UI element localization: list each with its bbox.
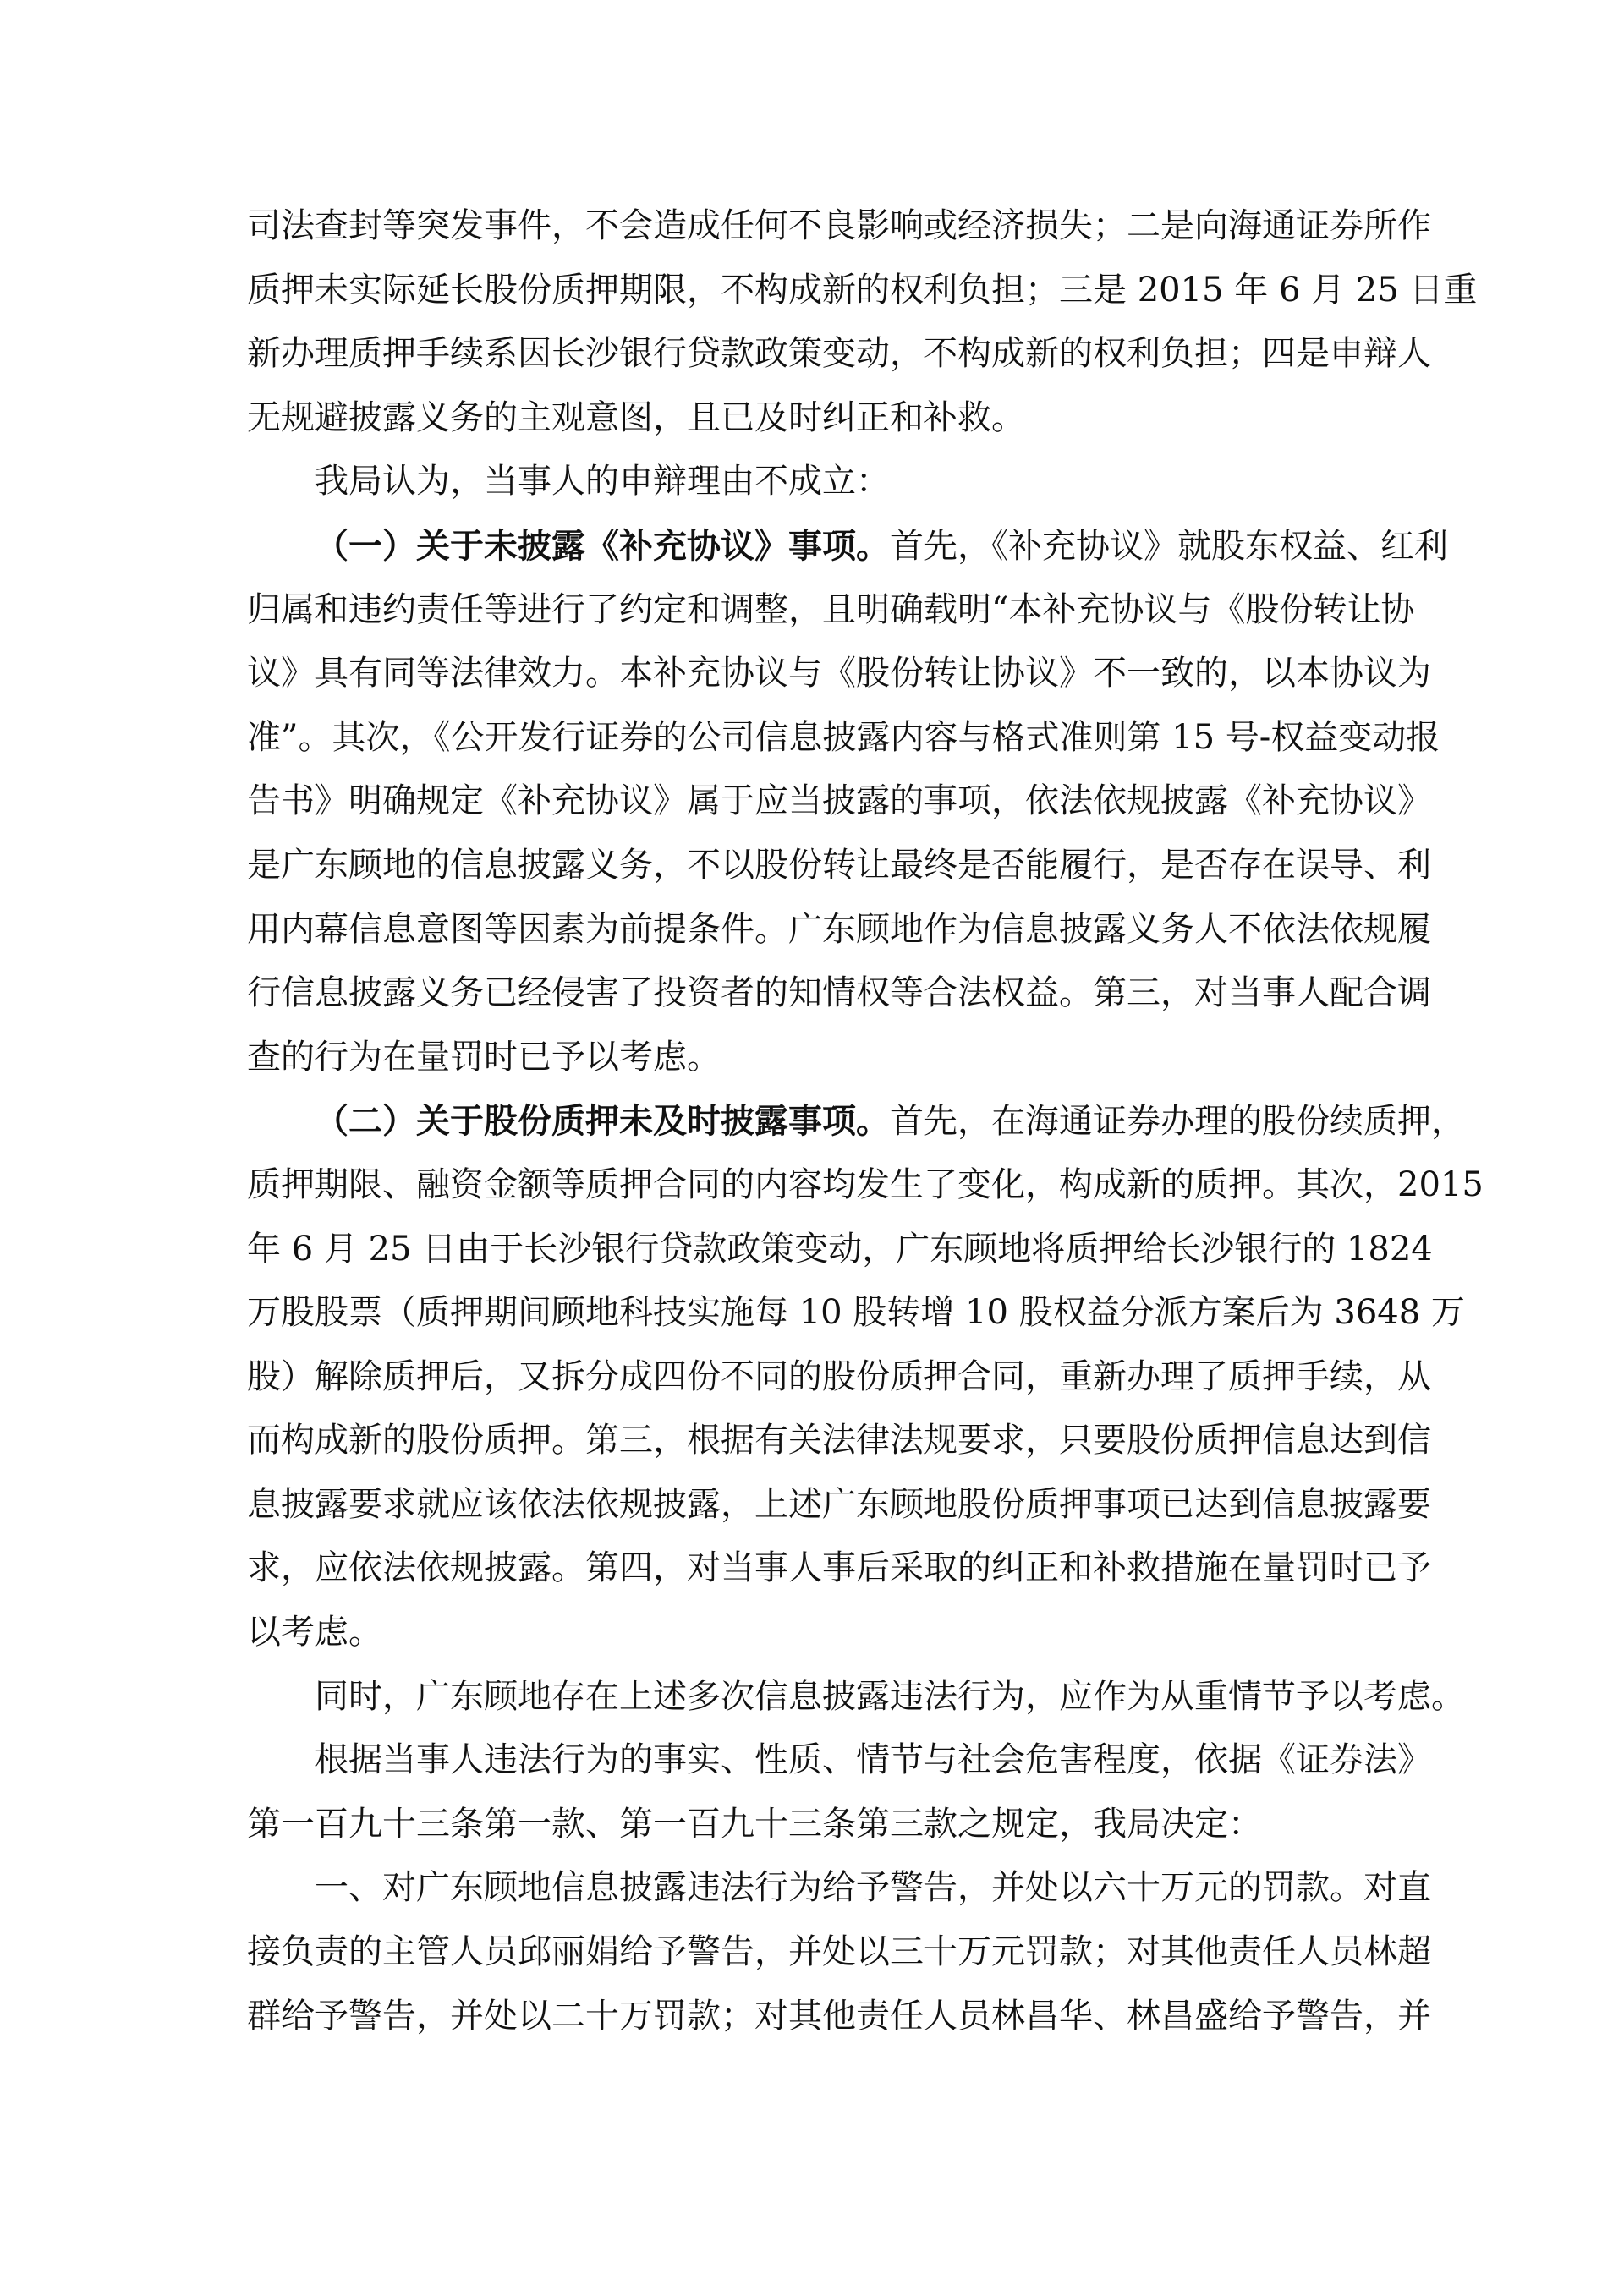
text-line: 新办理质押手续系因长沙银行贷款政策变动，不构成新的权利负担；四是申辩人 <box>247 322 1380 386</box>
text-line: 无规避披露义务的主观意图，且已及时纠正和补救。 <box>247 386 1380 451</box>
text-line: 查的行为在量罚时已予以考虑。 <box>247 1026 1380 1090</box>
text-line: 息披露要求就应该依法依规披露，上述广东顾地股份质押事项已达到信息披露要 <box>247 1473 1380 1537</box>
text-line: 求，应依法依规披露。第四，对当事人事后采取的纠正和补救措施在量罚时已予 <box>247 1537 1380 1601</box>
text-line: （二）关于股份质押未及时披露事项。首先，在海通证券办理的股份续质押， <box>247 1089 1380 1153</box>
paragraph-decision-1: 一、对广东顾地信息披露违法行为给予警告，并处以六十万元的罚款。对直 接负责的主管… <box>247 1856 1380 2048</box>
text-line: 根据当事人违法行为的事实、性质、情节与社会危害程度，依据《证券法》 <box>247 1729 1380 1793</box>
text-run: 首先，《补充协议》就股东权益、红利 <box>890 527 1448 566</box>
text-line: 质押未实际延长股份质押期限，不构成新的权利负担；三是 2015 年 6 月 25… <box>247 259 1380 323</box>
text-line: 用内幕信息意图等因素为前提条件。广东顾地作为信息披露义务人不依法依规履 <box>247 898 1380 962</box>
text-run: 首先，在海通证券办理的股份续质押， <box>890 1102 1465 1141</box>
text-line: 议》具有同等法律效力。本补充协议与《股份转让协议》不一致的，以本协议为 <box>247 642 1380 706</box>
text-line: 年 6 月 25 日由于长沙银行贷款政策变动，广东顾地将质押给长沙银行的 182… <box>247 1218 1380 1282</box>
paragraph-item-1: （一）关于未披露《补充协议》事项。首先，《补充协议》就股东权益、红利 归属和违约… <box>247 514 1380 1089</box>
section-heading-2: （二）关于股份质押未及时披露事项。 <box>315 1101 890 1141</box>
text-line: 准”。其次，《公开发行证券的公司信息披露内容与格式准则第 15 号-权益变动报 <box>247 706 1380 770</box>
text-line: 告书》明确规定《补充协议》属于应当披露的事项，依法依规披露《补充协议》 <box>247 770 1380 834</box>
text-line: 群给予警告，并处以二十万罚款；对其他责任人员林昌华、林昌盛给予警告，并 <box>247 1985 1380 2049</box>
document-page: 司法查封等突发事件，不会造成任何不良影响或经济损失；二是向海通证券所作 质押未实… <box>0 0 1624 2296</box>
text-line: 万股股票（质押期间顾地科技实施每 10 股转增 10 股权益分派方案后为 364… <box>247 1281 1380 1345</box>
text-line: 以考虑。 <box>247 1601 1380 1665</box>
paragraph-aggravating: 同时，广东顾地存在上述多次信息披露违法行为，应作为从重情节予以考虑。 <box>247 1665 1380 1729</box>
paragraph-bureau-opinion: 我局认为，当事人的申辩理由不成立： <box>247 450 1380 514</box>
text-line: 而构成新的股份质押。第三，根据有关法律法规要求，只要股份质押信息达到信 <box>247 1409 1380 1473</box>
text-line: 是广东顾地的信息披露义务，不以股份转让最终是否能履行，是否存在误导、利 <box>247 834 1380 898</box>
text-line: 质押期限、融资金额等质押合同的内容均发生了变化，构成新的质押。其次，2015 <box>247 1153 1380 1218</box>
paragraph-item-2: （二）关于股份质押未及时披露事项。首先，在海通证券办理的股份续质押， 质押期限、… <box>247 1089 1380 1664</box>
text-line: 同时，广东顾地存在上述多次信息披露违法行为，应作为从重情节予以考虑。 <box>247 1665 1380 1729</box>
paragraph-legal-basis: 根据当事人违法行为的事实、性质、情节与社会危害程度，依据《证券法》 第一百九十三… <box>247 1729 1380 1856</box>
text-line: 行信息披露义务已经侵害了投资者的知情权等合法权益。第三，对当事人配合调 <box>247 962 1380 1026</box>
text-line: 接负责的主管人员邱丽娟给予警告，并处以三十万元罚款；对其他责任人员林超 <box>247 1921 1380 1985</box>
text-line: 我局认为，当事人的申辩理由不成立： <box>247 450 1380 514</box>
document-body: 司法查封等突发事件，不会造成任何不良影响或经济损失；二是向海通证券所作 质押未实… <box>247 195 1380 2048</box>
paragraph-defense-continued: 司法查封等突发事件，不会造成任何不良影响或经济损失；二是向海通证券所作 质押未实… <box>247 195 1380 450</box>
text-line: 司法查封等突发事件，不会造成任何不良影响或经济损失；二是向海通证券所作 <box>247 195 1380 259</box>
text-line: 股）解除质押后，又拆分成四份不同的股份质押合同，重新办理了质押手续，从 <box>247 1345 1380 1410</box>
text-line: 第一百九十三条第一款、第一百九十三条第三款之规定，我局决定： <box>247 1793 1380 1857</box>
section-heading-1: （一）关于未披露《补充协议》事项。 <box>315 526 890 566</box>
text-line: 归属和违约责任等进行了约定和调整，且明确载明“本补充协议与《股份转让协 <box>247 578 1380 643</box>
text-line: 一、对广东顾地信息披露违法行为给予警告，并处以六十万元的罚款。对直 <box>247 1856 1380 1921</box>
text-line: （一）关于未披露《补充协议》事项。首先，《补充协议》就股东权益、红利 <box>247 514 1380 578</box>
